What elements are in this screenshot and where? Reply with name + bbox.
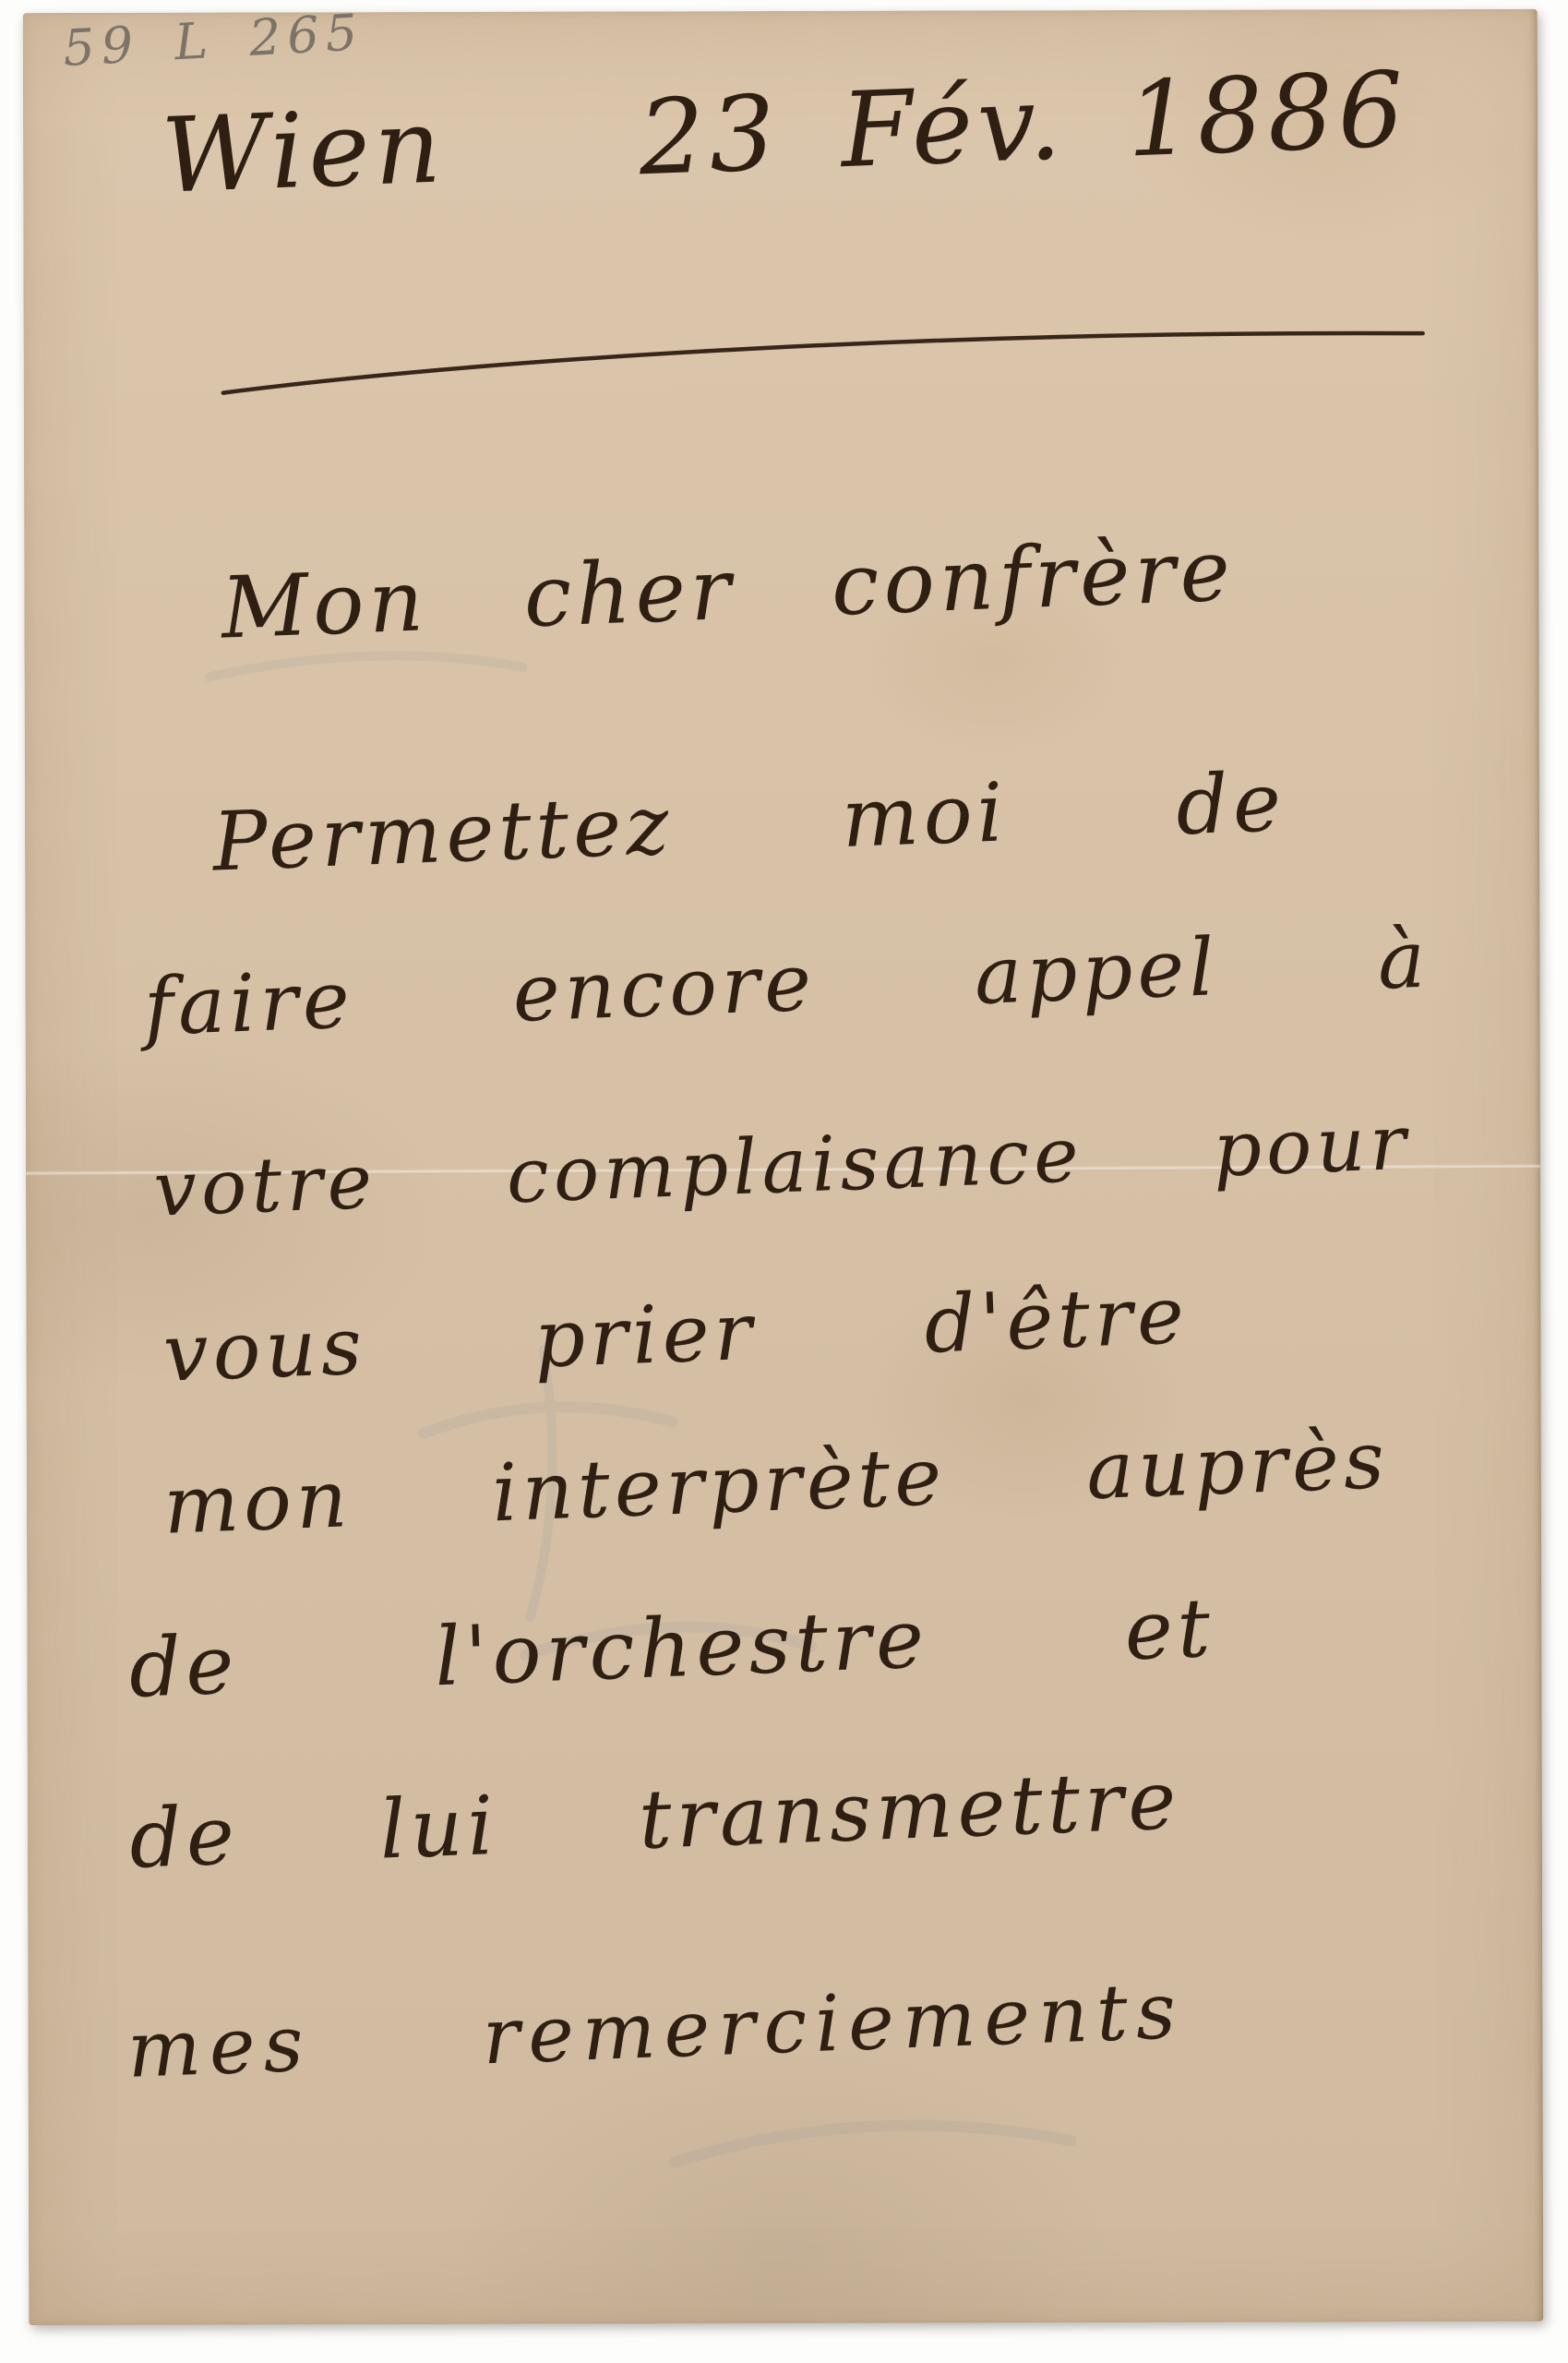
dateline-gap — [447, 174, 640, 181]
body-line: faire encore appel à — [142, 920, 1430, 1048]
body-line: Permettez moi de — [211, 762, 1287, 883]
dateline-place: Wien — [160, 86, 448, 216]
body-line: vous prier d'être — [162, 1276, 1190, 1394]
body-line: de lui transmettre — [128, 1759, 1182, 1880]
letter-paper: 59 L 265 Wien23 Fév. 1886 Mon cher confr… — [23, 9, 1544, 2325]
scanner-background: 59 L 265 Wien23 Fév. 1886 Mon cher confr… — [0, 0, 1568, 2363]
archival-mark: 59 L 265 — [62, 7, 365, 74]
dateline-date: 23 Fév. 1886 — [637, 50, 1410, 198]
body-line: votre complaisance pour — [152, 1106, 1412, 1229]
salutation-line: Mon cher confrère — [220, 528, 1236, 651]
dateline: Wien23 Fév. 1886 — [160, 58, 1410, 209]
body-line: de l'orchestre et — [127, 1588, 1215, 1709]
dateline-underline — [223, 333, 1423, 393]
body-line: mon interprète auprès — [162, 1421, 1391, 1546]
body-line: mes remerciements — [126, 1972, 1185, 2089]
